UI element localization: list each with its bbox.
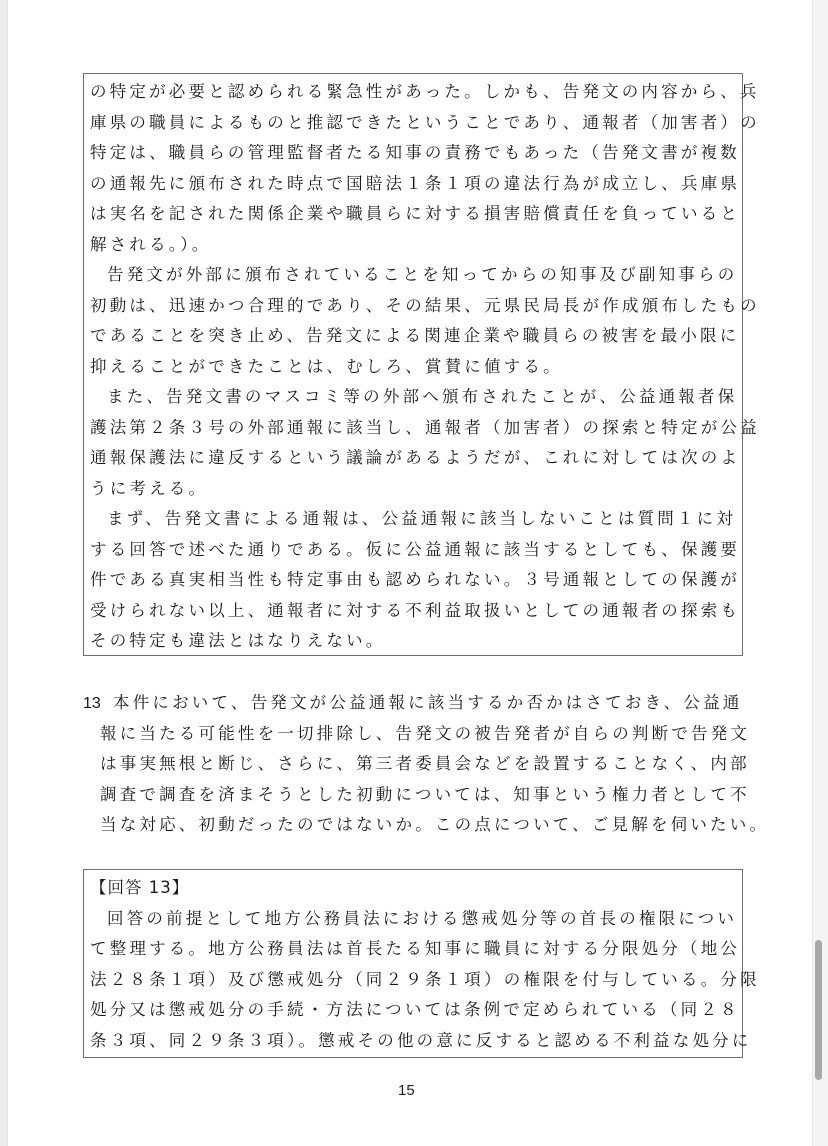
question-text-line: は事実無根と断じ、さらに、第三者委員会などを設置することなく、内部 [83,749,753,780]
text-line: 処分又は懲戒処分の手続・方法については条例で定められている（同２８ [90,995,736,1026]
answer-heading: 【回答 13】 [90,873,736,904]
text-line: 抑えることができたことは、むしろ、賞賛に値する。 [90,352,736,383]
text-line: であることを突き止め、告発文による関連企業や職員らの被害を最小限に [90,321,736,352]
text-line: 通報保護法に違反するという議論があるようだが、これに対しては次のよ [90,443,736,474]
text-line: 庫県の職員によるものと推認できたということであり、通報者（加害者）の [90,108,736,139]
text-line: 受けられない以上、通報者に対する不利益取扱いとしての通報者の探索も [90,596,736,627]
question-13: 13本件において、告発文が公益通報に該当するか否かはさておき、公益通 報に当たる… [83,688,753,841]
text-line: 解される。）。 [90,230,736,261]
text-line: 初動は、迅速かつ合理的であり、その結果、元県民局長が作成頒布したもの [90,291,736,322]
text-line: その特定も違法とはなりえない。 [90,626,736,657]
text-line: 特定は、職員らの管理監督者たる知事の責務でもあった（告発文書が複数 [90,138,736,169]
question-number: 13 [83,689,113,720]
paragraph-start-line: 回答の前提として地方公務員法における懲戒処分等の首長の権限につい [90,904,736,935]
question-text-line: 調査で調査を済まそうとした初動については、知事という権力者として不 [83,780,753,811]
question-first-line: 13本件において、告発文が公益通報に該当するか否かはさておき、公益通 [83,688,753,719]
text-line: の特定が必要と認められる緊急性があった。しかも、告発文の内容から、兵 [90,77,736,108]
text-line: は実名を記された関係企業や職員らに対する損害賠償責任を負っていると [90,199,736,230]
scrollbar-thumb[interactable] [815,940,822,1080]
paragraph-start-line: まず、告発文書による通報は、公益通報に該当しないことは質問１に対 [90,504,736,535]
page-number: 15 [398,1082,415,1099]
text-line: の通報先に頒布された時点で国賠法１条１項の違法行為が成立し、兵庫県 [90,169,736,200]
question-text-line: 当な対応、初動だったのではないか。この点について、ご見解を伺いたい。 [83,810,753,841]
question-text: 本件において、告発文が公益通報に該当するか否かはさておき、公益通 [113,693,742,712]
text-line: て整理する。地方公務員法は首長たる知事に職員に対する分限処分（地公 [90,934,736,965]
question-text-line: 報に当たる可能性を一切排除し、告発文の被告発者が自らの判断で告発文 [83,719,753,750]
answer-continuation-box: の特定が必要と認められる緊急性があった。しかも、告発文の内容から、兵 庫県の職員… [83,73,743,656]
text-line: する回答で述べた通りである。仮に公益通報に該当するとしても、保護要 [90,535,736,566]
text-line: うに考える。 [90,474,736,505]
text-line: 護法第２条３号の外部通報に該当し、通報者（加害者）の探索と特定が公益 [90,413,736,444]
viewer-left-edge [0,0,8,1146]
text-line: 法２８条１項）及び懲戒処分（同２９条１項）の権限を付与している。分限 [90,965,736,996]
text-line: 件である真実相当性も特定事由も認められない。３号通報としての保護が [90,565,736,596]
paragraph-start-line: また、告発文書のマスコミ等の外部へ頒布されたことが、公益通報者保 [90,382,736,413]
text-line: 条３項、同２９条３項）。懲戒その他の意に反すると認める不利益な処分に [90,1026,736,1057]
paragraph-start-line: 告発文が外部に頒布されていることを知ってからの知事及び副知事らの [90,260,736,291]
answer-13-box: 【回答 13】 回答の前提として地方公務員法における懲戒処分等の首長の権限につい… [83,869,743,1058]
